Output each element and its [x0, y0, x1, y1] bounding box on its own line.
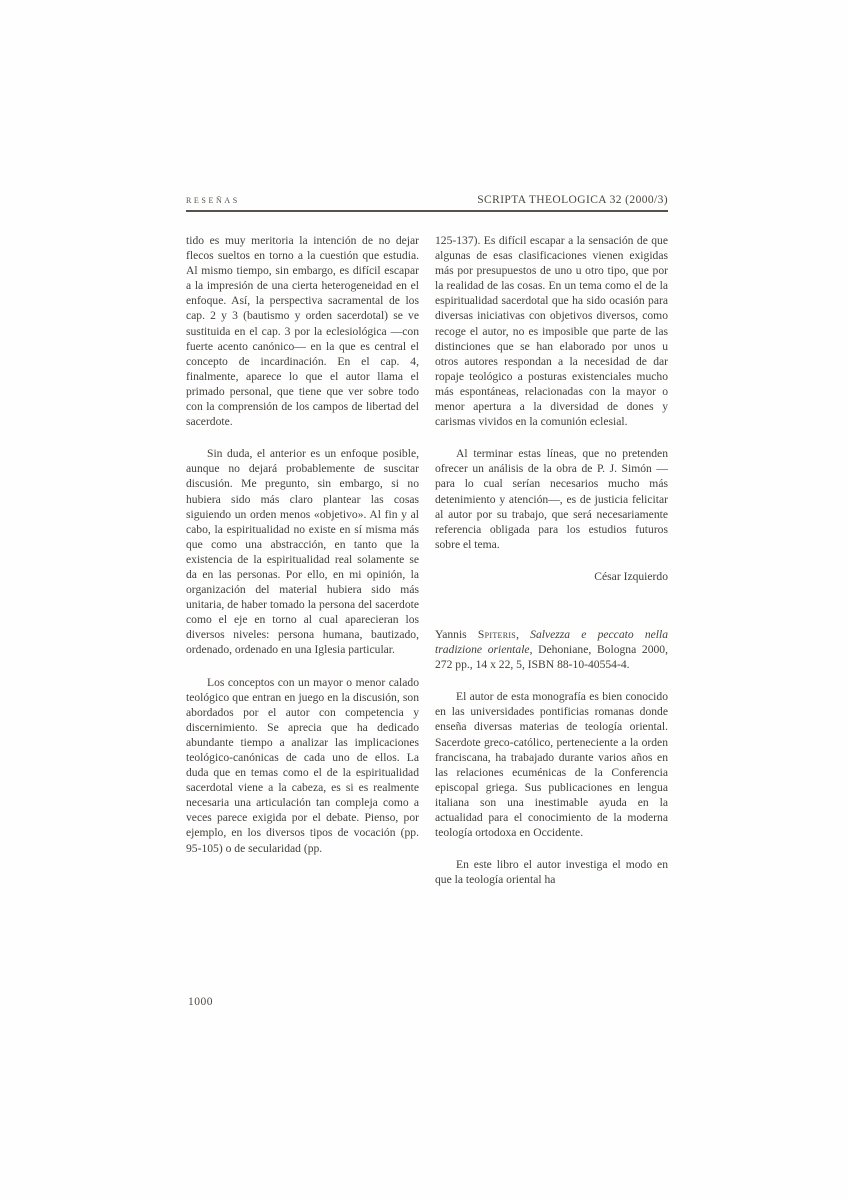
journal-title-issue: SCRIPTA THEOLOGICA 32 (2000/3)	[477, 194, 668, 206]
paragraph: El autor de esta monografía es bien cono…	[435, 689, 668, 840]
citation-author-first: Yannis	[435, 628, 478, 641]
citation-author-last: Spiteris	[478, 628, 516, 641]
citation-separator: ,	[516, 628, 530, 641]
paragraph: En este libro el autor investiga el modo…	[435, 857, 668, 887]
two-column-text: tido es muy meritoria la intención de no…	[186, 233, 668, 887]
paragraph: Los conceptos con un mayor o menor calad…	[186, 675, 419, 856]
paragraph: tido es muy meritoria la intención de no…	[186, 233, 419, 429]
section-title: RESEÑAS	[186, 196, 240, 205]
paragraph: 125-137). Es difícil escapar a la sensac…	[435, 233, 668, 429]
paragraph: Al terminar estas líneas, que no pretend…	[435, 446, 668, 552]
running-header: RESEÑAS SCRIPTA THEOLOGICA 32 (2000/3)	[186, 194, 668, 212]
text-block: RESEÑAS SCRIPTA THEOLOGICA 32 (2000/3) t…	[186, 194, 668, 887]
reviewer-signature: César Izquierdo	[435, 569, 668, 584]
page-number: 1000	[188, 996, 213, 1008]
book-citation: Yannis Spiteris, Salvezza e peccato nell…	[435, 627, 668, 672]
scanned-journal-page: RESEÑAS SCRIPTA THEOLOGICA 32 (2000/3) t…	[0, 0, 848, 1200]
right-column: 125-137). Es difícil escapar a la sensac…	[435, 233, 668, 887]
paragraph: Sin duda, el anterior es un enfoque posi…	[186, 446, 419, 657]
left-column: tido es muy meritoria la intención de no…	[186, 233, 419, 887]
